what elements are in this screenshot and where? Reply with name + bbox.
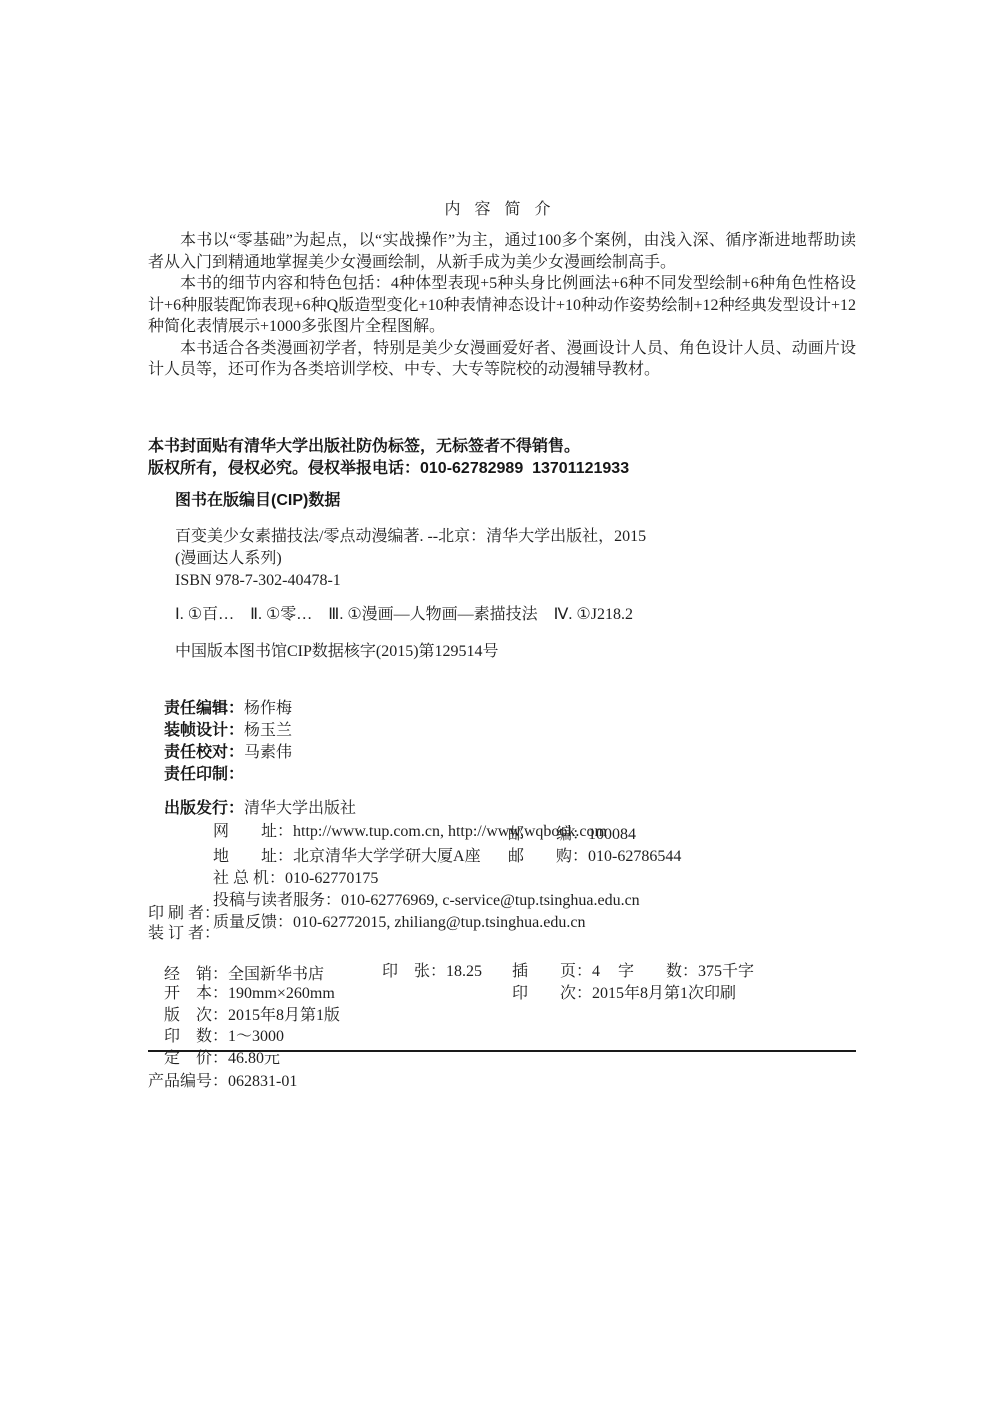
page-title: 内 容 简 介 [0, 196, 1000, 219]
inserts-cell: 插 页：4 [512, 961, 600, 983]
wordcount-cell: 字 数：375千字 [618, 961, 754, 983]
cip-heading: 图书在版编目(CIP)数据 [175, 490, 340, 512]
staff-value: 马素伟 [244, 744, 292, 761]
sheets-cell: 印 张：18.25 [382, 961, 482, 983]
anti-counterfeit-notice: 本书封面贴有清华大学出版社防伪标签，无标签者不得销售。 [148, 436, 580, 458]
impression-label: 印 次： [512, 985, 592, 1002]
cip-isbn: ISBN 978-7-302-40478-1 [175, 570, 341, 592]
content-introduction: 本书以“零基础”为起点，以“实战操作”为主，通过100多个案例，由浅入深、循序渐… [148, 230, 856, 381]
impression-cell: 印 次：2015年8月第1次印刷 [512, 983, 736, 1005]
mailorder-label: 邮 购： [508, 848, 588, 865]
product-number: 产品编号：062831-01 [148, 1071, 297, 1093]
divider-rule [148, 1050, 856, 1052]
price-label: 定 价： [164, 1050, 228, 1067]
zip-label: 邮 编： [508, 826, 588, 843]
intro-paragraph: 本书的细节内容和特色包括：4种体型表现+5种头身比例画法+6种不同发型绘制+6种… [148, 273, 856, 338]
impression-value: 2015年8月第1次印刷 [592, 985, 736, 1002]
sheets-value: 18.25 [446, 963, 482, 980]
quality-feedback-label: 质量反馈： [213, 914, 293, 931]
mailorder-value: 010-62786544 [588, 848, 681, 865]
wordcount-label: 字 数： [618, 963, 698, 980]
wordcount-value: 375千字 [698, 963, 754, 980]
cip-classification: Ⅰ. ①百… Ⅱ. ①零… Ⅲ. ①漫画—人物画—素描技法 Ⅳ. ①J218.2 [175, 604, 633, 626]
printer-row: 印 刷 者： [148, 903, 220, 925]
zip-cell: 邮 编：100084 [508, 824, 636, 846]
inserts-label: 插 页： [512, 963, 592, 980]
inserts-value: 4 [592, 963, 600, 980]
quality-feedback-value: 010-62772015, zhiliang@tup.tsinghua.edu.… [293, 914, 585, 931]
cip-entry: 百变美少女素描技法/零点动漫编著. --北京：清华大学出版社，2015 [175, 526, 646, 548]
sheets-label: 印 张： [382, 963, 446, 980]
copyright-notice: 版权所有，侵权必究。侵权举报电话：010-62782989 1370112193… [148, 458, 629, 480]
copyright-page: 内 容 简 介 本书以“零基础”为起点，以“实战操作”为主，通过100多个案例，… [0, 0, 1000, 1414]
price-value: 46.80元 [228, 1050, 280, 1067]
cip-record-number: 中国版本图书馆CIP数据核字(2015)第129514号 [175, 641, 499, 663]
zip-value: 100084 [588, 826, 636, 843]
cip-series: (漫画达人系列) [175, 548, 282, 570]
intro-paragraph: 本书适合各类漫画初学者，特别是美少女漫画爱好者、漫画设计人员、角色设计人员、动画… [148, 338, 856, 381]
intro-paragraph: 本书以“零基础”为起点，以“实战操作”为主，通过100多个案例，由浅入深、循序渐… [148, 230, 856, 273]
mailorder-cell: 邮 购：010-62786544 [508, 846, 681, 868]
